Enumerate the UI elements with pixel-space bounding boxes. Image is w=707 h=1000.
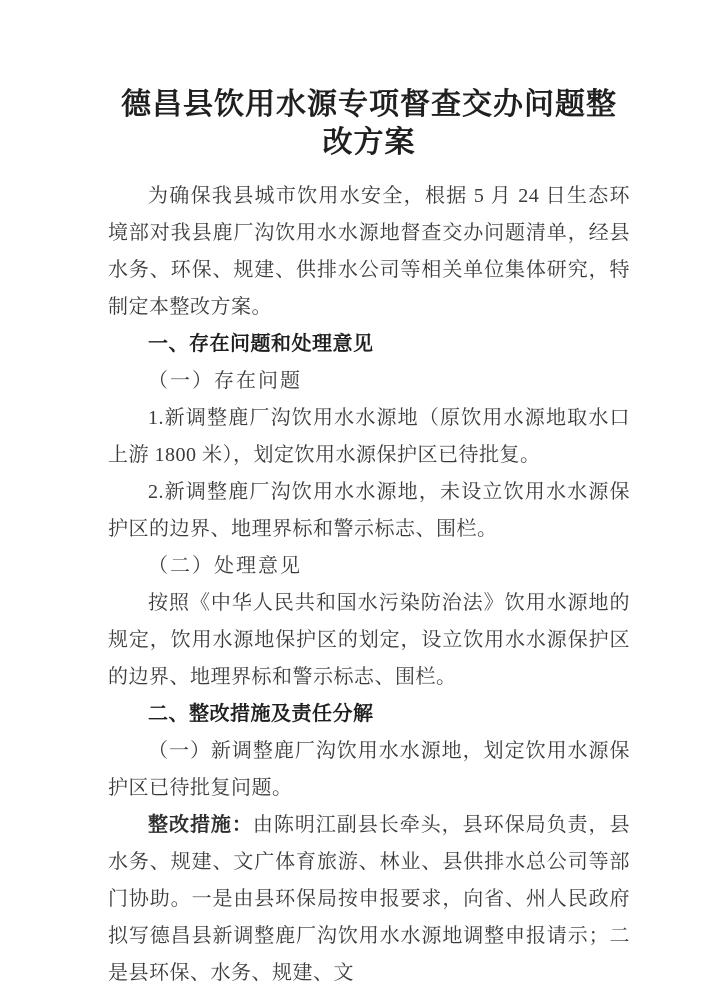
section-1-heading: 一、存在问题和处理意见 xyxy=(108,326,630,363)
measures-text: 由陈明江副县长牵头，县环保局负责，县水务、规建、文广体育旅游、林业、县供排水总公… xyxy=(108,814,630,984)
problem-1-paragraph: 1.新调整鹿厂沟饮用水水源地（原饮用水源地取水口上游 1800 米），划定饮用水… xyxy=(108,400,630,474)
handling-opinion-paragraph: 按照《中华人民共和国水污染防治法》饮用水源地的规定，饮用水源地保护区的划定，设立… xyxy=(108,585,630,696)
rectification-issue-paragraph: （一）新调整鹿厂沟饮用水水源地，划定饮用水源保护区已待批复问题。 xyxy=(108,733,630,807)
document-title: 德昌县饮用水源专项督查交办问题整改方案 xyxy=(108,86,630,162)
problem-2-paragraph: 2.新调整鹿厂沟饮用水水源地，未设立饮用水水源保护区的边界、地理界标和警示标志、… xyxy=(108,474,630,548)
section-1-sub-2-heading: （二）处理意见 xyxy=(108,548,630,585)
section-1-sub-1-heading: （一）存在问题 xyxy=(108,363,630,400)
rectification-measures-paragraph: 整改措施：由陈明江副县长牵头，县环保局负责，县水务、规建、文广体育旅游、林业、县… xyxy=(108,807,630,992)
section-2-heading: 二、整改措施及责任分解 xyxy=(108,696,630,733)
document-page: 德昌县饮用水源专项督查交办问题整改方案 为确保我县城市饮用水安全，根据 5 月 … xyxy=(0,0,707,1000)
intro-paragraph: 为确保我县城市饮用水安全，根据 5 月 24 日生态环境部对我县鹿厂沟饮用水水源… xyxy=(108,178,630,326)
measures-label: 整改措施： xyxy=(148,814,253,836)
